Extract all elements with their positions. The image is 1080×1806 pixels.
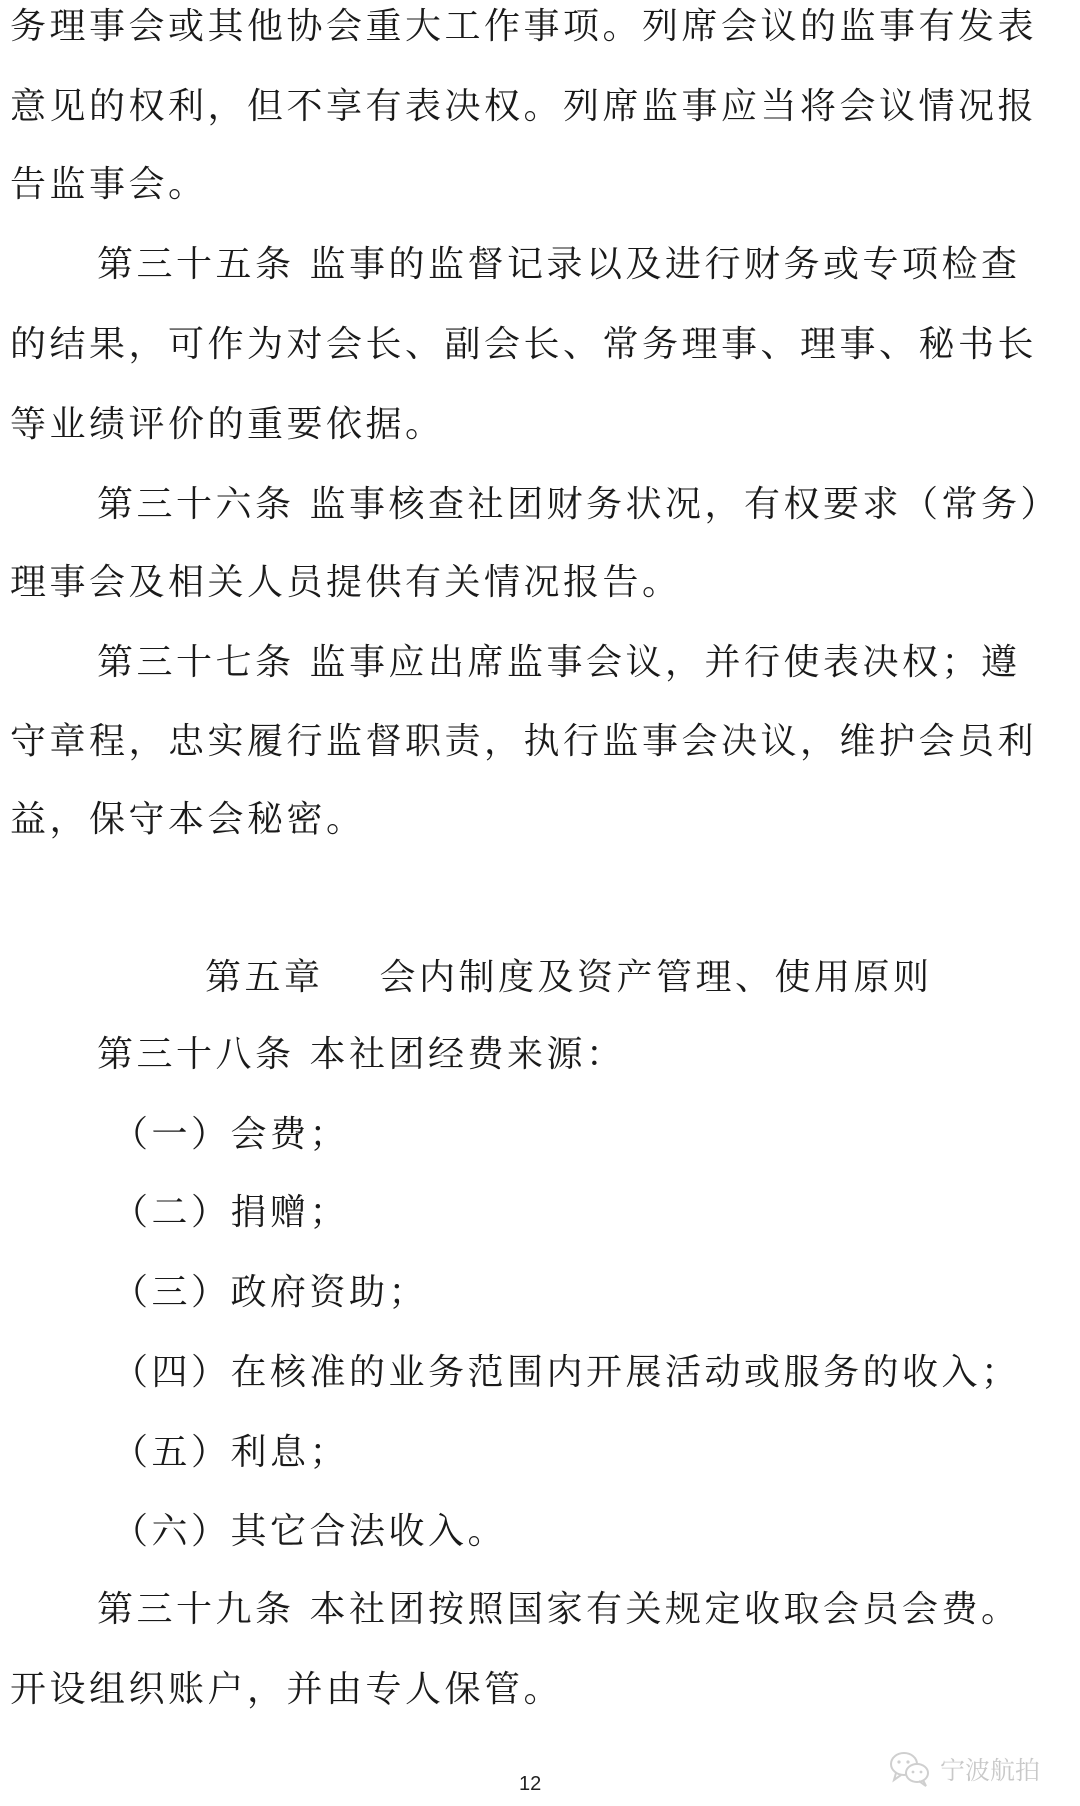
text-line: 守章程，忠实履行监督职责，执行监事会决议，维护会员利: [10, 722, 1037, 762]
text-line: 第三十六条 监事核查社团财务状况，有权要求（常务）: [97, 485, 1060, 525]
list-item: （六）其它合法收入。: [112, 1512, 507, 1552]
list-item: （一）会费；: [112, 1115, 349, 1155]
text-line: 理事会及相关人员提供有关情况报告。: [10, 563, 682, 603]
list-item: （四）在核准的业务范围内开展活动或服务的收入；: [112, 1353, 1021, 1393]
text-line: 第三十七条 监事应出席监事会议，并行使表决权；遵: [97, 643, 1020, 683]
chapter-title: 会内制度及资产管理、使用原则: [380, 957, 933, 998]
text-line: 第三十五条 监事的监督记录以及进行财务或专项检查: [97, 245, 1020, 285]
chapter-number: 第五章: [205, 957, 324, 998]
text-line: 益，保守本会秘密。: [10, 800, 366, 840]
text-line: 第三十九条 本社团按照国家有关规定收取会员会费。: [97, 1590, 1020, 1630]
watermark-text: 宁波航拍: [940, 1751, 1040, 1787]
text-line: 务理事会或其他协会重大工作事项。列席会议的监事有发表: [10, 7, 1037, 47]
chapter-heading: 第五章会内制度及资产管理、使用原则: [205, 958, 933, 998]
list-item: （二）捐赠；: [112, 1193, 349, 1233]
wechat-watermark: 宁波航拍: [888, 1750, 1040, 1788]
text-line: 的结果，可作为对会长、副会长、常务理事、理事、秘书长: [10, 325, 1037, 365]
list-item: （三）政府资助；: [112, 1273, 428, 1313]
list-item: （五）利息；: [112, 1433, 349, 1473]
text-line: 开设组织账户，并由专人保管。: [10, 1670, 563, 1710]
text-line: 告监事会。: [10, 165, 208, 205]
article-heading: 第三十八条 本社团经费来源：: [97, 1035, 625, 1075]
page-number: 12: [519, 1773, 541, 1796]
text-line: 意见的权利，但不享有表决权。列席监事应当将会议情况报: [10, 87, 1037, 127]
wechat-icon: [888, 1750, 932, 1788]
text-line: 等业绩评价的重要依据。: [10, 405, 445, 445]
